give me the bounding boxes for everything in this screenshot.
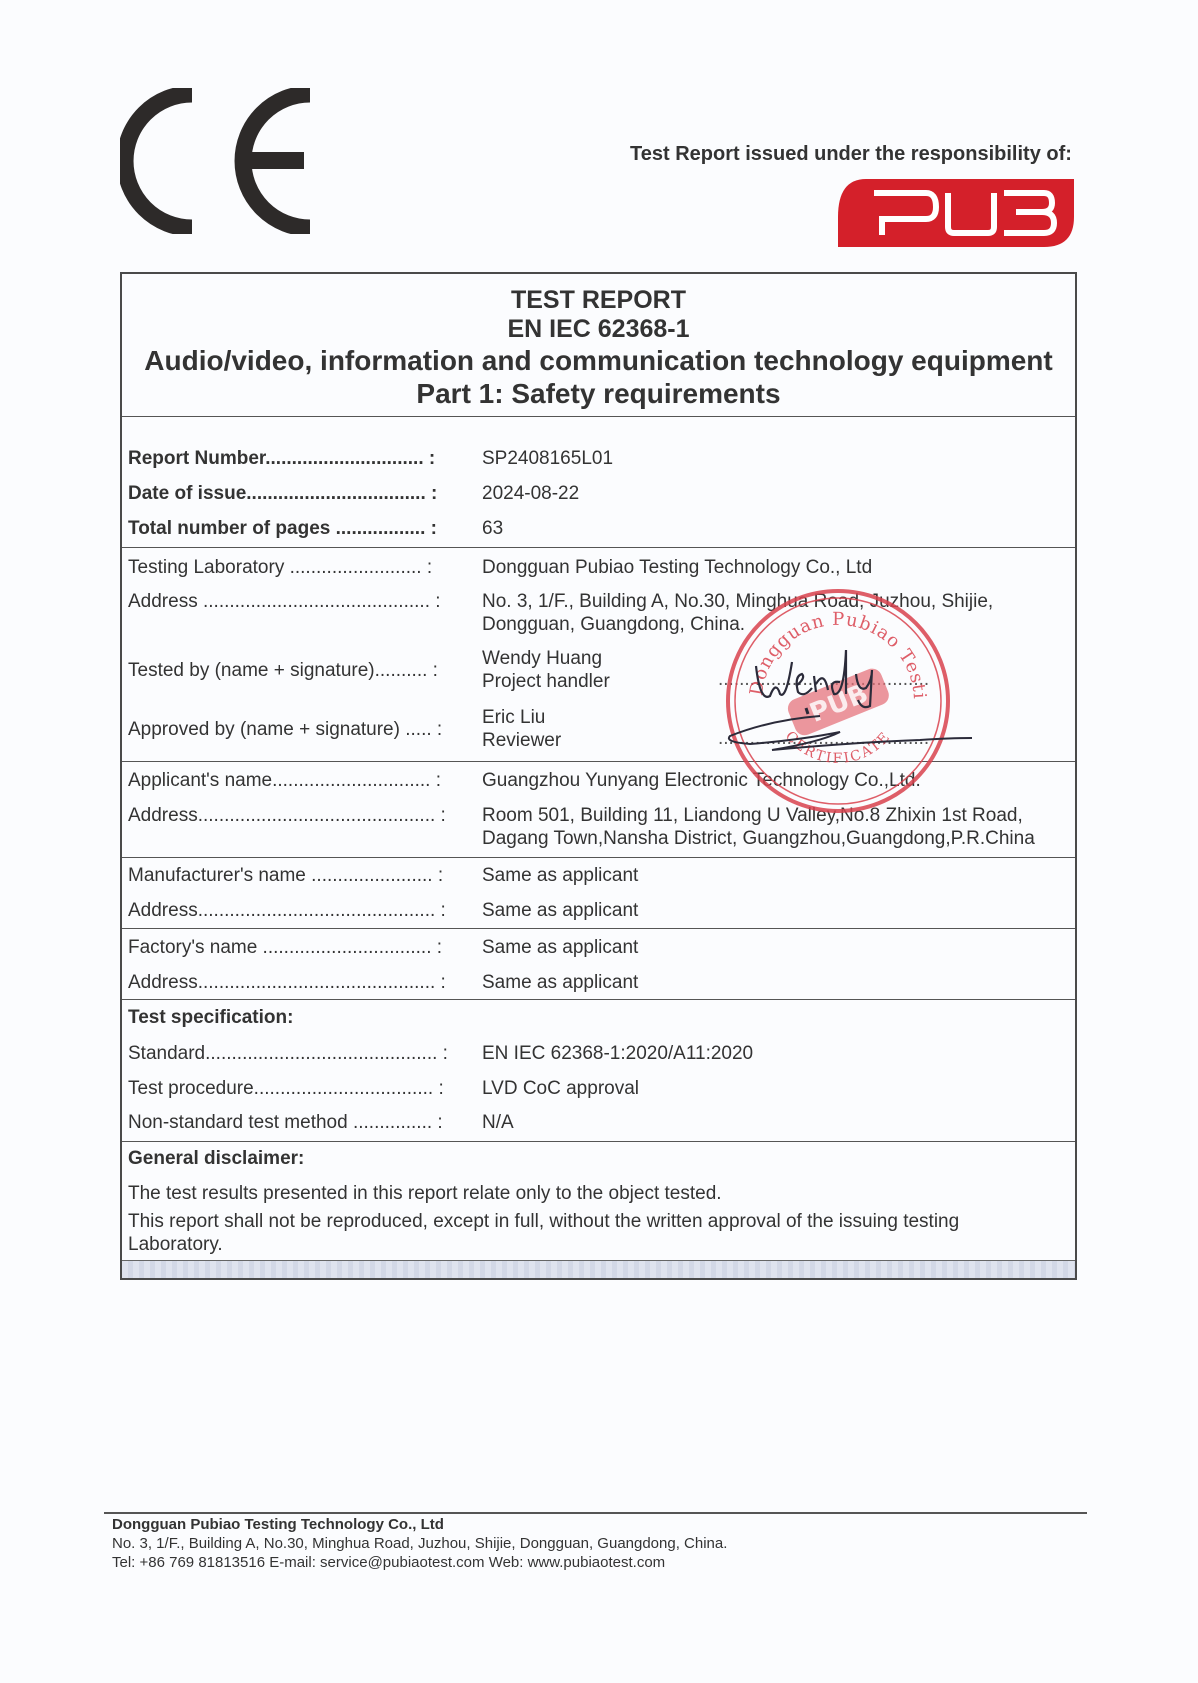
divider <box>122 547 1075 548</box>
total-pages-label: Total number of pages ................. … <box>128 517 468 540</box>
report-title: TEST REPORT <box>122 286 1075 315</box>
lab-address-line2: Dongguan, Guangdong, China. <box>482 613 745 636</box>
tested-by-name: Wendy Huang <box>482 647 602 670</box>
manufacturer-name-value: Same as applicant <box>482 864 638 887</box>
applicant-name-label: Applicant's name........................… <box>128 769 468 792</box>
tested-by-role: Project handler <box>482 670 610 693</box>
report-number-value: SP2408165L01 <box>482 447 613 470</box>
disclaimer-heading: General disclaimer: <box>128 1148 304 1170</box>
non-standard-method-value: N/A <box>482 1111 514 1134</box>
date-of-issue-value: 2024-08-22 <box>482 482 579 505</box>
disclaimer-line2: This report shall not be reproduced, exc… <box>128 1210 995 1256</box>
footer-company: Dongguan Pubiao Testing Technology Co., … <box>112 1515 727 1534</box>
pub-logo <box>836 177 1076 249</box>
eric-signature <box>710 706 980 756</box>
tested-by-label: Tested by (name + signature).......... : <box>128 659 468 682</box>
divider <box>122 928 1075 929</box>
standard-label: Standard................................… <box>128 1042 468 1065</box>
divider <box>122 999 1075 1000</box>
manufacturer-address-label: Address.................................… <box>128 899 468 922</box>
report-part: Part 1: Safety requirements <box>122 377 1075 410</box>
test-procedure-value: LVD CoC approval <box>482 1077 639 1100</box>
standard-value: EN IEC 62368-1:2020/A11:2020 <box>482 1042 753 1065</box>
applicant-address-label: Address.................................… <box>128 804 468 827</box>
lab-address-label: Address ................................… <box>128 590 468 613</box>
divider <box>122 416 1075 417</box>
divider <box>122 857 1075 858</box>
report-title-block: TEST REPORT EN IEC 62368-1 Audio/video, … <box>122 286 1075 410</box>
manufacturer-address-value: Same as applicant <box>482 899 638 922</box>
manufacturer-name-label: Manufacturer's name ....................… <box>128 864 468 887</box>
test-procedure-label: Test procedure..........................… <box>128 1077 468 1100</box>
factory-address-label: Address.................................… <box>128 971 468 994</box>
testing-lab-label: Testing Laboratory .....................… <box>128 556 468 579</box>
test-spec-heading: Test specification: <box>128 1007 293 1029</box>
footer-address: No. 3, 1/F., Building A, No.30, Minghua … <box>112 1534 727 1553</box>
bottom-band <box>122 1260 1075 1278</box>
factory-name-label: Factory's name .........................… <box>128 936 468 959</box>
total-pages-value: 63 <box>482 517 503 540</box>
factory-name-value: Same as applicant <box>482 936 638 959</box>
non-standard-method-label: Non-standard test method ...............… <box>128 1111 468 1134</box>
report-standard: EN IEC 62368-1 <box>122 315 1075 344</box>
applicant-address-line2: Dagang Town,Nansha District, Guangzhou,G… <box>482 827 1035 850</box>
disclaimer-line1: The test results presented in this repor… <box>128 1182 995 1205</box>
divider <box>122 1141 1075 1142</box>
approved-by-label: Approved by (name + signature) ..... : <box>128 718 468 741</box>
report-subject: Audio/video, information and communicati… <box>122 344 1075 377</box>
ce-mark-logo <box>120 88 330 234</box>
testing-lab-value: Dongguan Pubiao Testing Technology Co., … <box>482 556 872 579</box>
factory-address-value: Same as applicant <box>482 971 638 994</box>
issuer-statement: Test Report issued under the responsibil… <box>630 143 1072 166</box>
report-number-label: Report Number...........................… <box>128 447 468 470</box>
footer-divider <box>104 1512 1087 1514</box>
approved-by-name: Eric Liu <box>482 706 545 729</box>
wendy-signature <box>748 640 898 710</box>
footer: Dongguan Pubiao Testing Technology Co., … <box>112 1515 727 1572</box>
date-of-issue-label: Date of issue...........................… <box>128 482 468 505</box>
approved-by-role: Reviewer <box>482 729 561 752</box>
footer-contact: Tel: +86 769 81813516 E-mail: service@pu… <box>112 1553 727 1572</box>
